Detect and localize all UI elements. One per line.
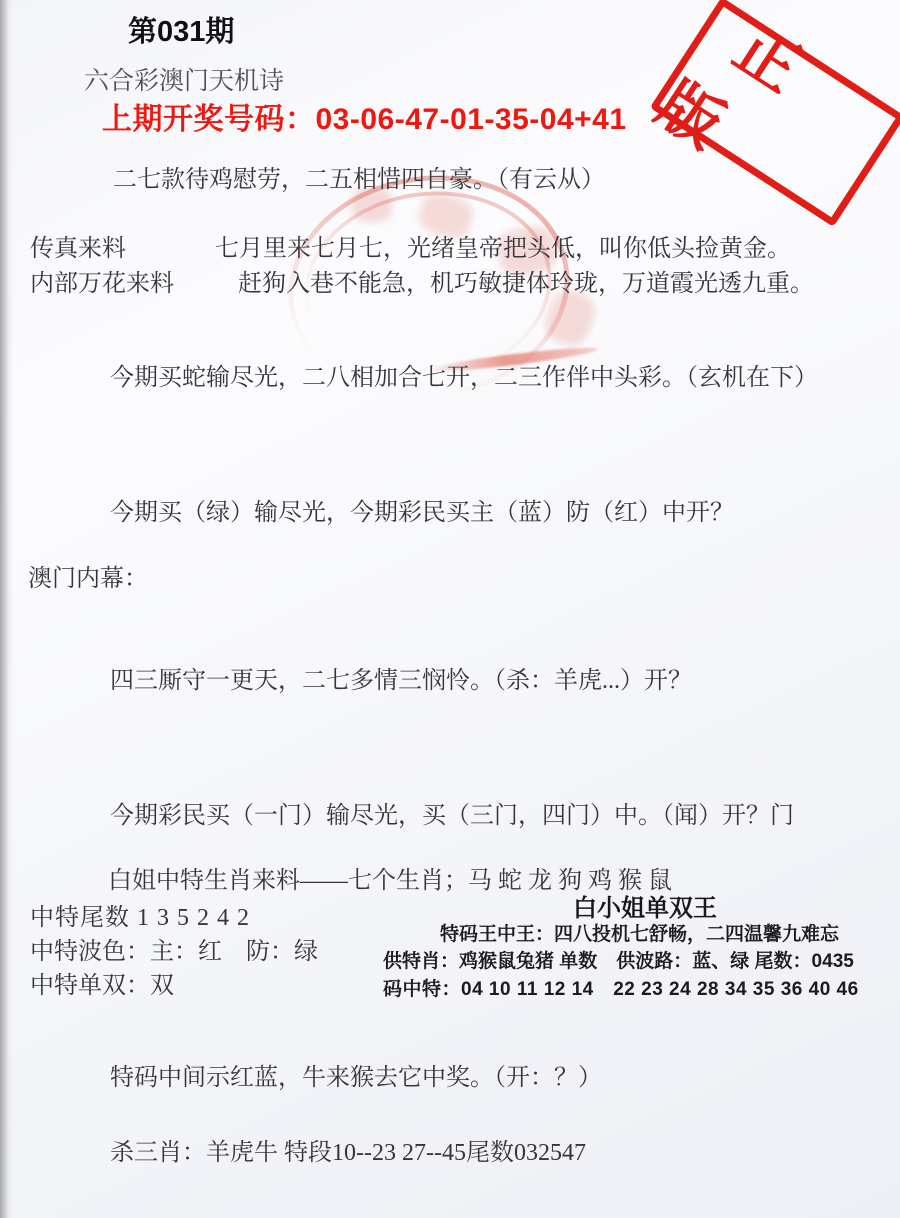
kill-three-zodiac-line: 杀三肖：羊虎牛 特段10--23 27--45尾数032547 — [110, 1140, 586, 1168]
zodiac-tip-line: 白姐中特生肖来料——七个生肖；马 蛇 龙 狗 鸡 猴 鼠 — [108, 868, 672, 896]
poem-line-5: 今期彩民买（一门）输尽光，买（三门，四门）中。（闻）开？门 — [110, 803, 794, 831]
page-edge-shadow — [0, 0, 14, 1218]
internal-source-poem: 赶狗入巷不能急，机巧敏捷体玲珑，万道霞光透九重。 — [238, 271, 814, 299]
tail-numbers-line: 中特尾数 1 3 5 2 4 2 — [30, 905, 250, 933]
seal-watermark-smudge — [416, 190, 477, 242]
right-block-line-2: 供特肖：鸡猴鼠兔猪 单数 供波路：蓝、绿 尾数：0435 — [383, 951, 854, 973]
lottery-tip-sheet: 第031期 六合彩澳门天机诗 上期开奖号码：03-06-47-01-35-04+… — [0, 0, 900, 1218]
last-draw-numbers: 上期开奖号码：03-06-47-01-35-04+41 — [102, 103, 627, 138]
sheet-title: 六合彩澳门天机诗 — [84, 68, 284, 97]
right-block-line-3: 码中特：04 10 11 12 14 22 23 24 28 34 35 36 … — [383, 979, 859, 1001]
wave-color-line: 中特波色：主：红 防：绿 — [30, 939, 318, 967]
right-block-line-1: 特码王中王：四八投机七舒畅，二四温馨九难忘 — [440, 924, 839, 946]
special-code-hint: 特码中间示红蓝，牛来猴去它中奖。（开：？） — [110, 1065, 602, 1093]
fax-source-poem: 七月里来七月七，光绪皇帝把头低，叫你低头捡黄金。 — [215, 236, 791, 264]
poem-line-3: 今期买（绿）输尽光，今期彩民买主（蓝）防（红）中开？ — [110, 500, 734, 528]
poem-line-1: 二七款待鸡慰劳，二五相惜四自豪。（有云从） — [113, 167, 605, 195]
fax-source-label: 传真来料 — [30, 236, 126, 264]
poem-line-2: 今期买蛇输尽光，二八相加合七开，二三作伴中头彩。（玄机在下） — [110, 365, 818, 393]
poem-line-4: 四三厮守一更天，二七多情三悯怜。（杀：羊虎...）开？ — [110, 668, 692, 696]
genuine-stamp: 正版 — [650, 0, 900, 227]
right-block-title: 白小姐单双王 — [573, 895, 717, 923]
internal-source-label: 内部万花来料 — [30, 271, 174, 299]
parity-line: 中特单双：双 — [30, 973, 174, 1001]
macau-insider-label: 澳门内幕： — [28, 566, 148, 594]
issue-number: 第031期 — [128, 16, 234, 49]
